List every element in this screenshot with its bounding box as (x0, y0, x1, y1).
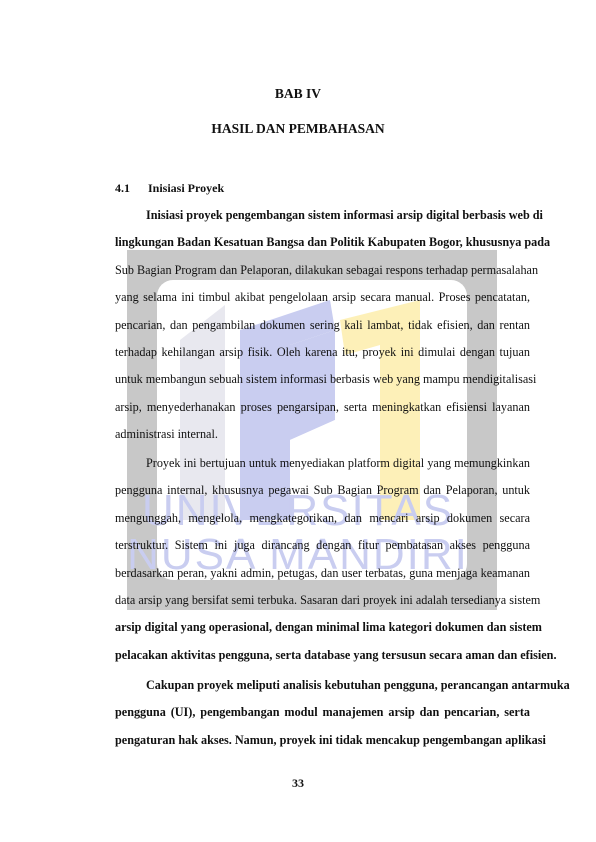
paragraph-1-line: pencarian, dan pengambilan dokumen serin… (115, 318, 530, 332)
paragraph-2-line: pelacakan aktivitas pengguna, serta data… (115, 648, 530, 662)
paragraph-2-line: arsip digital yang operasional, dengan m… (115, 620, 530, 634)
paragraph-2-line: pengguna internal, khususnya pegawai Sub… (115, 483, 530, 497)
paragraph-1-line: untuk membangun sebuah sistem informasi … (115, 372, 530, 386)
chapter-title: HASIL DAN PEMBAHASAN (0, 121, 596, 137)
paragraph-1-line: terhadap kehilangan arsip fisik. Oleh ka… (115, 345, 530, 359)
paragraph-1-line: arsip, menyederhanakan proses pengarsipa… (115, 400, 530, 414)
paragraph-3-line: Cakupan proyek meliputi analisis kebutuh… (146, 678, 530, 692)
paragraph-1-line: administrasi internal. (115, 427, 530, 441)
paragraph-2-line: Proyek ini bertujuan untuk menyediakan p… (146, 456, 530, 470)
paragraph-3-line: pengaturan hak akses. Namun, proyek ini … (115, 733, 530, 747)
section-number: 4.1 (115, 181, 145, 196)
paragraph-2-line: terstruktur. Sistem ini juga dirancang d… (115, 538, 530, 552)
paragraph-1-line: lingkungan Badan Kesatuan Bangsa dan Pol… (115, 235, 530, 249)
section-heading: 4.1 Inisiasi Proyek (115, 181, 224, 196)
paragraph-1-line: yang selama ini timbul akibat pengelolaa… (115, 290, 530, 304)
paragraph-2-line: data arsip yang bersifat semi terbuka. S… (115, 593, 530, 607)
paragraph-1-line: Inisiasi proyek pengembangan sistem info… (146, 208, 530, 222)
paragraph-3-line: pengguna (UI), pengembangan modul manaje… (115, 705, 530, 719)
page-number: 33 (0, 776, 596, 791)
chapter-label: BAB IV (0, 86, 596, 102)
document-page: BAB IV HASIL DAN PEMBAHASAN 4.1 Inisiasi… (0, 0, 596, 842)
paragraph-2-line: berdasarkan peran, yakni admin, petugas,… (115, 566, 530, 580)
paragraph-1-line: Sub Bagian Program dan Pelaporan, dilaku… (115, 263, 530, 277)
section-title: Inisiasi Proyek (148, 181, 224, 195)
paragraph-2-line: mengunggah, mengelola, mengkategorikan, … (115, 511, 530, 525)
